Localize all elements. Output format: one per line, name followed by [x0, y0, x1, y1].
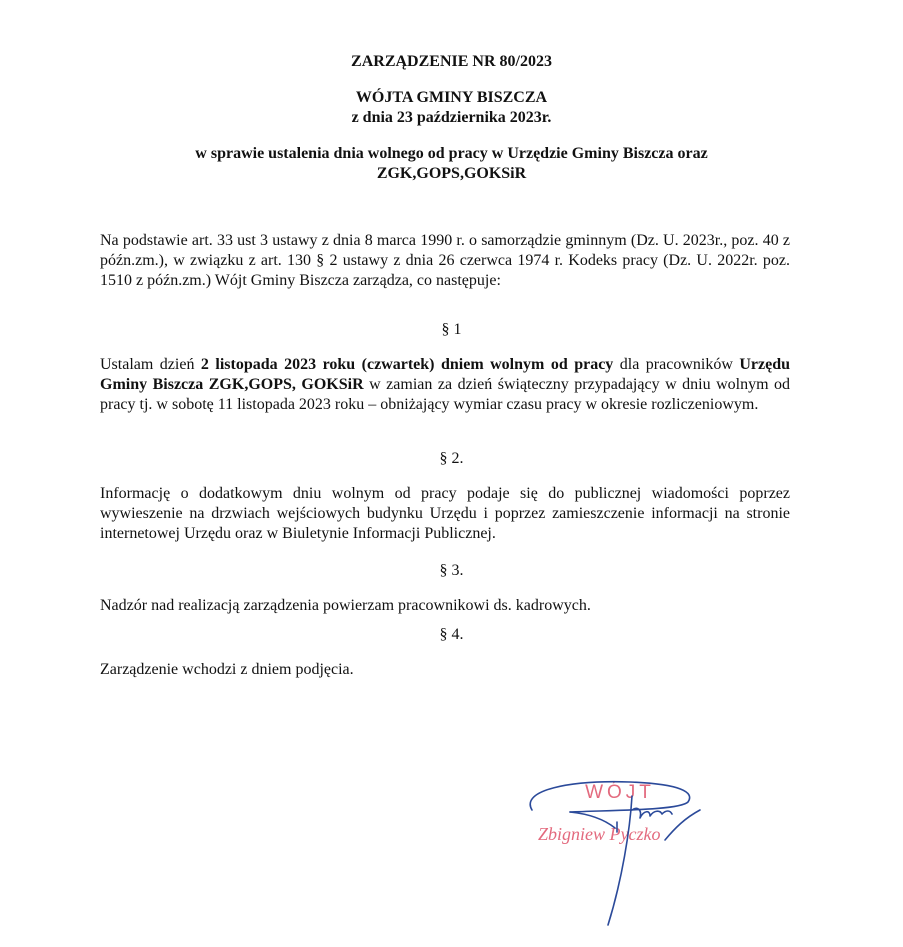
document-page: ZARZĄDZENIE NR 80/2023 WÓJTA GMINY BISZC…	[0, 0, 903, 947]
section-2-text: Informację o dodatkowym dniu wolnym od p…	[100, 484, 790, 544]
order-date: z dnia 23 października 2023r.	[0, 108, 903, 128]
section-1-text-a: Ustalam dzień	[100, 356, 201, 373]
order-number-heading: ZARZĄDZENIE NR 80/2023	[0, 52, 903, 72]
handwritten-signature-icon	[510, 770, 740, 940]
signature-stamp: WÓJT Zbigniew Pyczko	[510, 770, 740, 940]
section-4-text: Zarządzenie wchodzi z dniem podjęcia.	[100, 660, 790, 680]
issuer-heading: WÓJTA GMINY BISZCZA	[0, 88, 903, 108]
section-1-day-off-bold: 2 listopada 2023 roku (czwartek) dniem w…	[201, 356, 613, 373]
section-1-text: Ustalam dzień 2 listopada 2023 roku (czw…	[100, 355, 790, 415]
order-subject: w sprawie ustalenia dnia wolnego od prac…	[0, 144, 903, 184]
subject-line-2: ZGK,GOPS,GOKSiR	[0, 164, 903, 184]
legal-basis-paragraph: Na podstawie art. 33 ust 3 ustawy z dnia…	[100, 231, 790, 291]
section-1-mark: § 1	[0, 320, 903, 340]
section-4-mark: § 4.	[0, 625, 903, 645]
section-2-mark: § 2.	[0, 449, 903, 469]
section-3-mark: § 3.	[0, 561, 903, 581]
section-3-text: Nadzór nad realizacją zarządzenia powier…	[100, 596, 790, 616]
subject-line-1: w sprawie ustalenia dnia wolnego od prac…	[0, 144, 903, 164]
section-1-text-c: dla pracowników	[613, 356, 739, 373]
